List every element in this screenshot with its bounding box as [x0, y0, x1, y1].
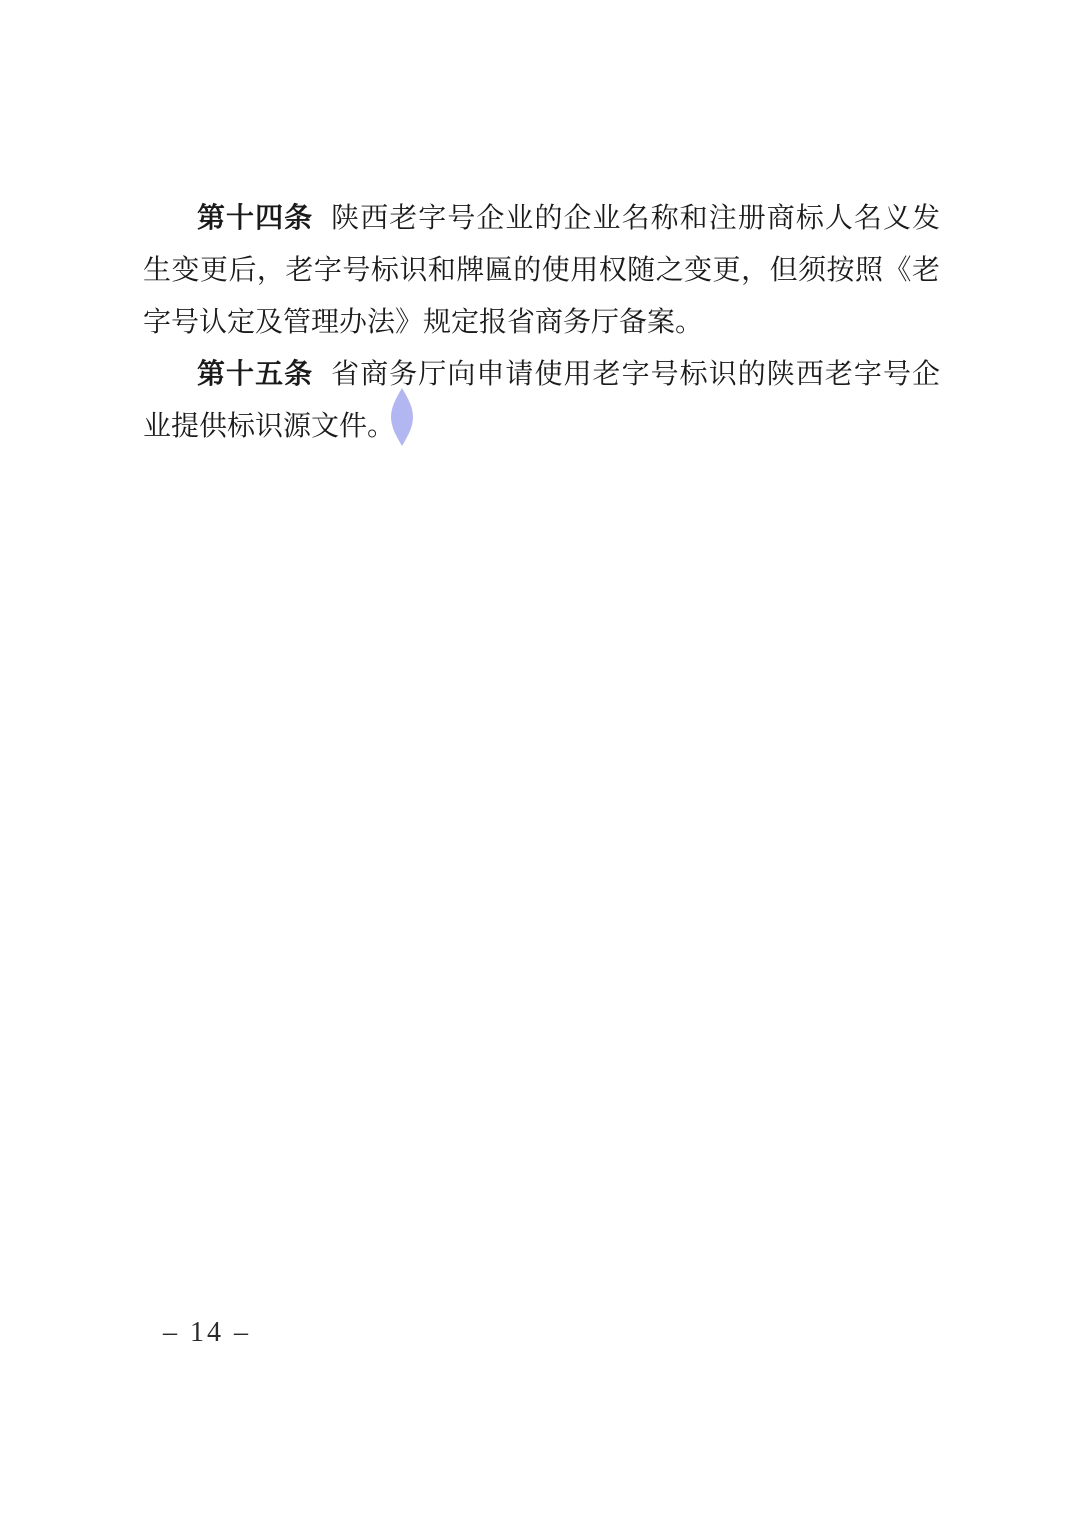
text-line: 业提供标识源文件。 — [143, 401, 940, 453]
footer-page-number: – 14 – — [163, 1318, 251, 1348]
document-body-text[interactable]: 第十四条陕西老字号企业的企业名称和注册商标人名义发 生变更后，老字号标识和牌匾的… — [143, 193, 940, 453]
text-line: 生变更后，老字号标识和牌匾的使用权随之变更，但须按照《老 — [143, 245, 940, 297]
article-14-heading: 第十四条 — [197, 203, 313, 234]
article-14-text-line-3: 字号认定及管理办法》规定报省商务厅备案。 — [143, 307, 703, 338]
text-line: 第十五条省商务厅向申请使用老字号标识的陕西老字号企 — [143, 349, 940, 401]
article-14-text-line-2: 生变更后，老字号标识和牌匾的使用权随之变更，但须按照《老 — [143, 255, 940, 286]
text-line: 字号认定及管理办法》规定报省商务厅备案。 — [143, 297, 940, 349]
text-cursor-selection-marker-icon — [391, 388, 413, 446]
document-page: 第十四条陕西老字号企业的企业名称和注册商标人名义发 生变更后，老字号标识和牌匾的… — [0, 0, 1074, 1520]
article-15-heading: 第十五条 — [197, 359, 313, 390]
paragraph-article-14: 第十四条陕西老字号企业的企业名称和注册商标人名义发 生变更后，老字号标识和牌匾的… — [143, 193, 940, 349]
paragraph-article-15: 第十五条省商务厅向申请使用老字号标识的陕西老字号企 业提供标识源文件。 — [143, 349, 940, 453]
article-14-text-line-1: 陕西老字号企业的企业名称和注册商标人名义发 — [331, 203, 940, 234]
article-15-text-line-2: 业提供标识源文件。 — [143, 411, 395, 442]
selection-marker-shape — [391, 388, 413, 446]
text-line: 第十四条陕西老字号企业的企业名称和注册商标人名义发 — [143, 193, 940, 245]
article-15-text-line-1: 省商务厅向申请使用老字号标识的陕西老字号企 — [331, 359, 940, 390]
